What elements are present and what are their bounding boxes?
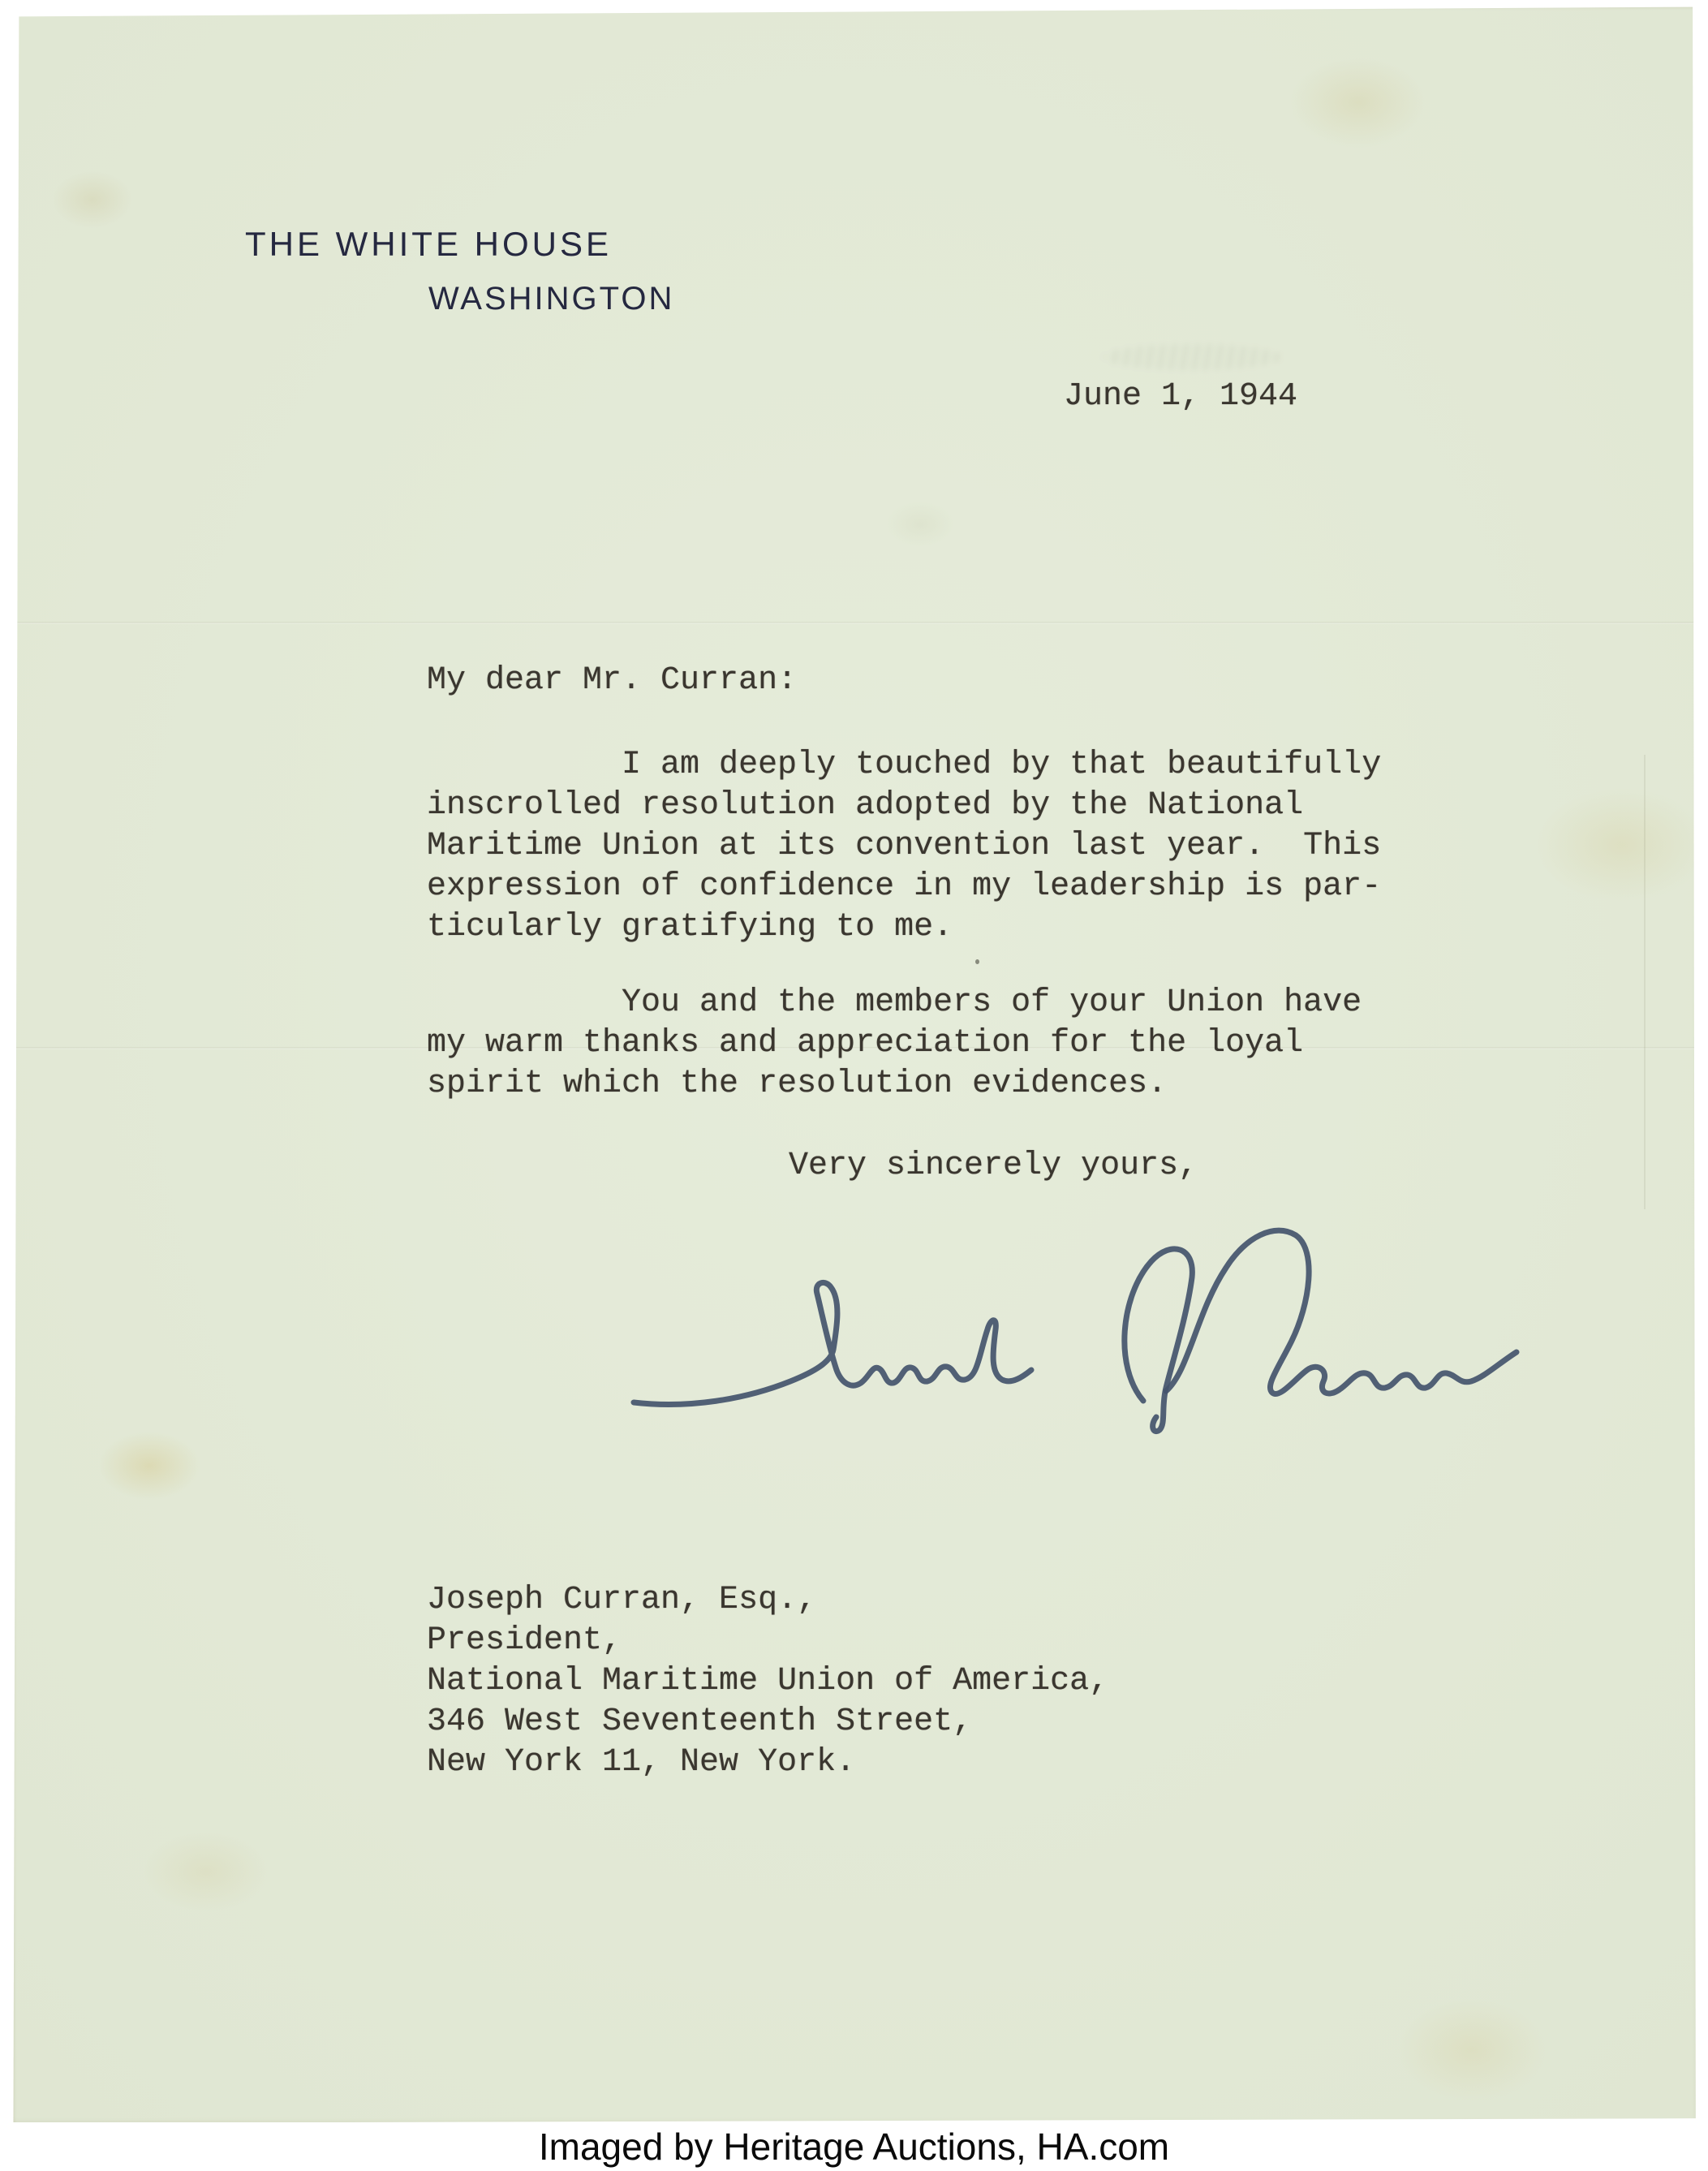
footer-caption: Imaged by Heritage Auctions, HA.com xyxy=(539,2128,1169,2165)
letter-closing: Very sincerely yours, xyxy=(789,1146,1198,1187)
letterhead-line1: THE WHITE HOUSE xyxy=(245,227,612,261)
fold-crease-upper xyxy=(11,622,1699,624)
recipient-address-block: Joseph Curran, Esq., President, National… xyxy=(427,1580,1108,1783)
letter-date: June 1, 1944 xyxy=(1064,377,1297,417)
letter-paragraph-2: You and the members of your Union have m… xyxy=(427,983,1362,1105)
paper-edge-shadow xyxy=(1644,755,1646,1209)
letter-paragraph-1: I am deeply touched by that beautifully … xyxy=(427,745,1381,948)
letter-salutation: My dear Mr. Curran: xyxy=(427,661,797,701)
signature-stroke-initial-loop xyxy=(1125,1249,1193,1432)
ink-speck xyxy=(975,959,979,964)
letterhead-line2: WASHINGTON xyxy=(428,282,674,315)
footer-bar: Imaged by Heritage Auctions, HA.com xyxy=(0,2122,1708,2171)
fdr-signature xyxy=(624,1200,1537,1435)
signature-stroke-roosevelt xyxy=(1166,1230,1517,1393)
letter-paper: THE WHITE HOUSE WASHINGTON June 1, 1944 … xyxy=(11,5,1699,2125)
ghost-ink-impression xyxy=(1104,344,1282,370)
scanned-letter-canvas: THE WHITE HOUSE WASHINGTON June 1, 1944 … xyxy=(0,0,1708,2171)
signature-stroke-franklin xyxy=(634,1282,1031,1404)
